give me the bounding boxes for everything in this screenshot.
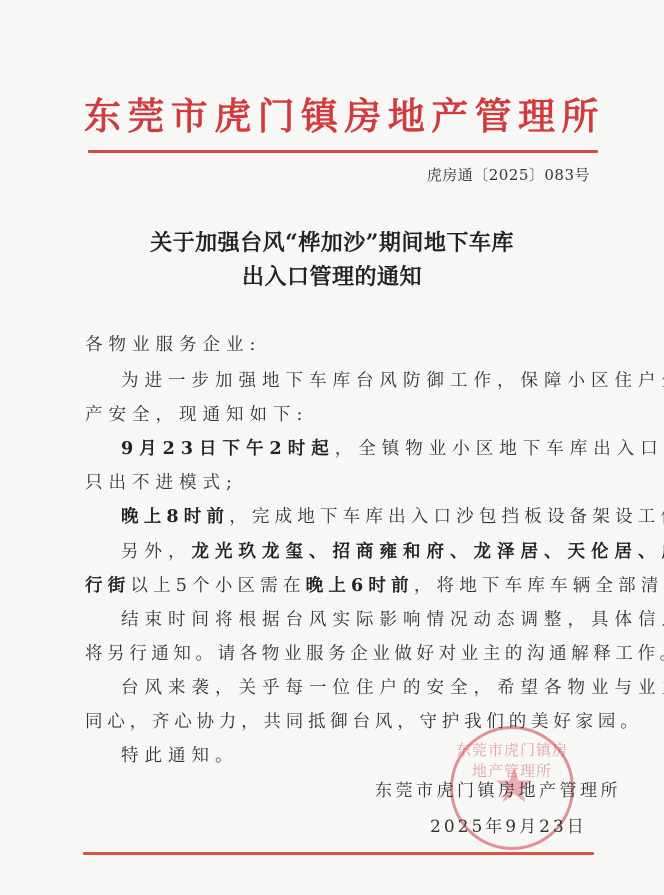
header-red-rule bbox=[88, 150, 598, 153]
body-line: 特此通知。 bbox=[121, 744, 239, 768]
body-text: ，完成地下车库出入口沙包挡板设备架设工作。 bbox=[229, 507, 664, 527]
document-title-line2: 出入口管理的通知 bbox=[0, 260, 664, 294]
salutation: 各物业服务企业: bbox=[85, 333, 261, 357]
body-line: 另外，龙光玖龙玺、招商雍和府、龙泽居、天伦居、虎门步 bbox=[121, 540, 664, 564]
body-text: ，全镇物业小区地下车库出入口调整为 bbox=[335, 439, 664, 459]
body-line: 台风来袭，关乎每一位住户的安全，希望各物业与业主携手 bbox=[121, 676, 664, 700]
document-title-line1: 关于加强台风“桦加沙”期间地下车库 bbox=[0, 226, 664, 260]
signature-date: 2025年9月23日 bbox=[430, 812, 587, 837]
org-header: 东莞市虎门镇房地产管理所 bbox=[84, 92, 604, 140]
body-line: 9月23日下午2时起，全镇物业小区地下车库出入口调整为 bbox=[121, 437, 664, 461]
body-text: 为进一步加强地下车库台风防御工作，保障小区住户生命财 bbox=[121, 371, 664, 391]
body-text: 结束时间将根据台风实际影响情况动态调整，具体信息后续 bbox=[121, 610, 664, 630]
emphasized-text: 晚上6时前 bbox=[306, 576, 414, 596]
body-text: 特此通知。 bbox=[121, 746, 239, 766]
body-text: 同心，齐心协力，共同抵御台风，守护我们的美好家园。 bbox=[85, 712, 643, 732]
emphasized-text: 行街 bbox=[85, 576, 130, 596]
body-text: 将另行通知。请各物业服务企业做好对业主的沟通解释工作。 bbox=[85, 644, 664, 664]
signature-org: 东莞市虎门镇房地产管理所 bbox=[375, 776, 621, 801]
emphasized-text: 龙光玖龙玺、招商雍和府、龙泽居、天伦居、虎门步 bbox=[192, 542, 664, 562]
emphasized-text: 晚上8时前 bbox=[121, 507, 229, 527]
notice-document: 东莞市虎门镇房地产管理所 虎房通〔2025〕083号 关于加强台风“桦加沙”期间… bbox=[0, 0, 664, 895]
footer-red-rule bbox=[83, 852, 594, 855]
body-line: 为进一步加强地下车库台风防御工作，保障小区住户生命财 bbox=[121, 369, 664, 393]
body-line: 同心，齐心协力，共同抵御台风，守护我们的美好家园。 bbox=[85, 710, 643, 734]
body-line: 结束时间将根据台风实际影响情况动态调整，具体信息后续 bbox=[121, 608, 664, 632]
body-text: 台风来袭，关乎每一位住户的安全，希望各物业与业主携手 bbox=[121, 678, 664, 698]
body-line: 将另行通知。请各物业服务企业做好对业主的沟通解释工作。 bbox=[85, 642, 664, 666]
body-line: 只出不进模式; bbox=[85, 471, 238, 495]
document-number: 虎房通〔2025〕083号 bbox=[427, 164, 590, 185]
body-text: 另外， bbox=[121, 542, 192, 562]
emphasized-text: 9月23日下午2时起 bbox=[121, 439, 335, 459]
body-line: 晚上8时前，完成地下车库出入口沙包挡板设备架设工作。 bbox=[121, 505, 664, 529]
body-line: 行街以上5个小区需在晚上6时前，将地下车库车辆全部清空。 bbox=[85, 574, 664, 598]
body-text: 只出不进模式; bbox=[85, 473, 238, 493]
body-text: 以上5个小区需在 bbox=[130, 576, 305, 596]
body-text: 产安全，现通知如下: bbox=[85, 405, 308, 425]
body-text: ，将地下车库车辆全部清空。 bbox=[414, 576, 664, 596]
body-line: 产安全，现通知如下: bbox=[85, 403, 308, 427]
